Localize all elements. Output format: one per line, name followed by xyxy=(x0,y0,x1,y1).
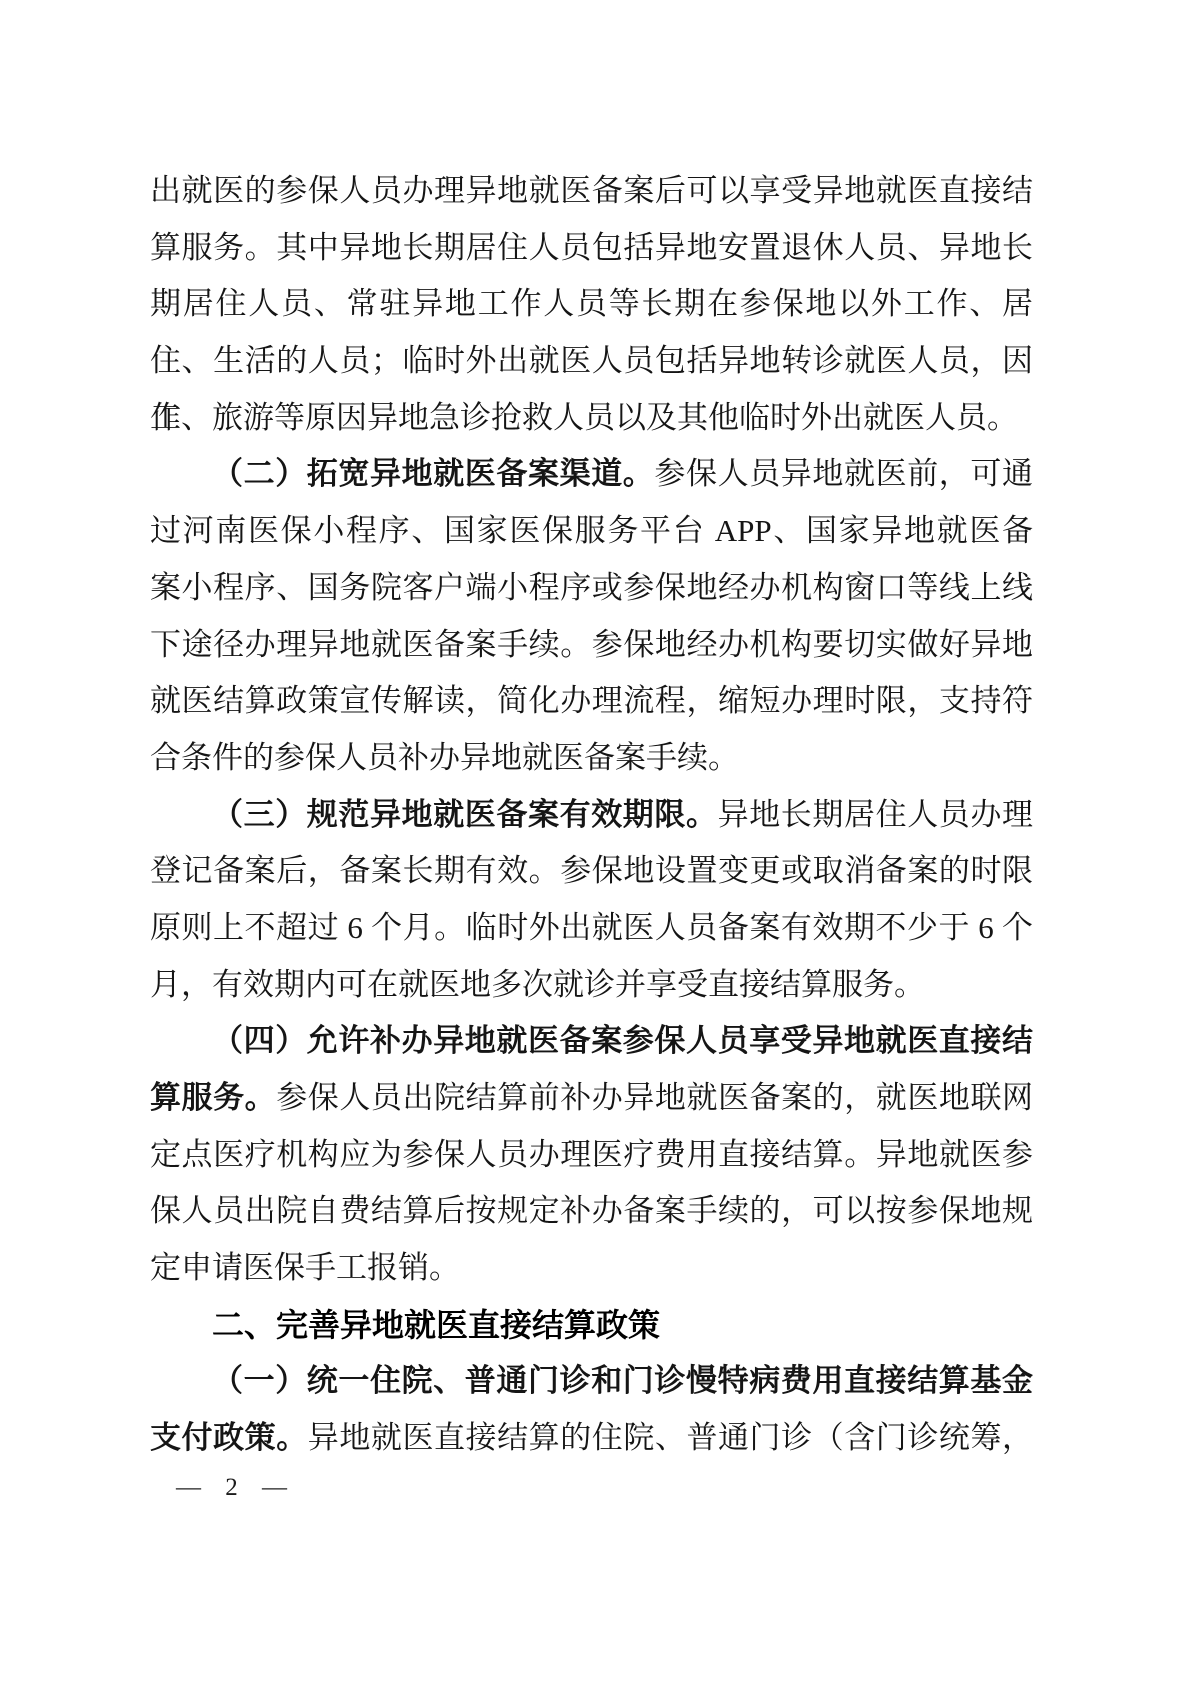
text-line: 登记备案后，备案长期有效。参保地设置变更或取消备案的时限 xyxy=(150,843,1033,900)
line-text: 期居住人员、常驻异地工作人员等长期在参保地以外工作、居 xyxy=(150,286,1033,321)
text-line: （二）拓宽异地就医备案渠道。参保人员异地就医前，可通 xyxy=(150,446,1033,503)
line-text: 参保人员出院结算前补办异地就医备案的，就医地联网 xyxy=(276,1080,1033,1115)
page-number: — 2 — xyxy=(176,1474,296,1502)
paragraph-lead: 支付政策。 xyxy=(150,1420,308,1455)
text-line: 出就医的参保人员办理异地就医备案后可以享受异地就医直接结 xyxy=(150,163,1033,220)
line-text: 二、完善异地就医直接结算政策 xyxy=(212,1307,660,1343)
paragraph-lead: （四）允许补办异地就医备案参保人员享受异地就医直接结 xyxy=(212,1023,1033,1058)
text-line: 支付政策。异地就医直接结算的住院、普通门诊（含门诊统筹， xyxy=(150,1410,1033,1467)
text-line: 原则上不超过 6 个月。临时外出就医人员备案有效期不少于 6 个 xyxy=(150,900,1033,957)
paragraph-lead: （一）统一住院、普通门诊和门诊慢特病费用直接结算基金 xyxy=(212,1363,1033,1398)
text-line: 下途径办理异地就医备案手续。参保地经办机构要切实做好异地 xyxy=(150,617,1033,674)
text-line: 案小程序、国务院客户端小程序或参保地经办机构窗口等线上线 xyxy=(150,560,1033,617)
line-text: 参保人员异地就医前，可通 xyxy=(654,456,1033,491)
document-body: 出就医的参保人员办理异地就医备案后可以享受异地就医直接结算服务。其中异地长期居住… xyxy=(150,163,1033,1467)
text-line: 保人员出院自费结算后按规定补办备案手续的，可以按参保地规 xyxy=(150,1183,1033,1240)
line-text: 案小程序、国务院客户端小程序或参保地经办机构窗口等线上线 xyxy=(150,570,1033,605)
paragraph-lead: （三）规范异地就医备案有效期限。 xyxy=(212,797,718,832)
text-line: （一）统一住院、普通门诊和门诊慢特病费用直接结算基金 xyxy=(150,1353,1033,1410)
document-page: 出就医的参保人员办理异地就医备案后可以享受异地就医直接结算服务。其中异地长期居住… xyxy=(0,0,1190,1683)
line-text: 登记备案后，备案长期有效。参保地设置变更或取消备案的时限 xyxy=(150,853,1033,888)
text-line: 过河南医保小程序、国家医保服务平台 APP、国家异地就医备 xyxy=(150,503,1033,560)
text-line: 算服务。其中异地长期居住人员包括异地安置退休人员、异地长 xyxy=(150,220,1033,277)
text-line: （四）允许补办异地就医备案参保人员享受异地就医直接结 xyxy=(150,1013,1033,1070)
line-text: 定点医疗机构应为参保人员办理医疗费用直接结算。异地就医参 xyxy=(150,1137,1033,1172)
line-text: 算服务。其中异地长期居住人员包括异地安置退休人员、异地长 xyxy=(150,230,1033,265)
paragraph-lead: （二）拓宽异地就医备案渠道。 xyxy=(212,456,654,491)
text-line: 定申请医保手工报销。 xyxy=(150,1240,1033,1297)
text-line: 算服务。参保人员出院结算前补办异地就医备案的，就医地联网 xyxy=(150,1070,1033,1127)
line-text: 作、旅游等原因异地急诊抢救人员以及其他临时外出就医人员。 xyxy=(150,400,1018,435)
section-heading: 二、完善异地就医直接结算政策 xyxy=(150,1297,1033,1354)
text-line: （三）规范异地就医备案有效期限。异地长期居住人员办理 xyxy=(150,787,1033,844)
line-text: 原则上不超过 6 个月。临时外出就医人员备案有效期不少于 6 个 xyxy=(150,910,1033,945)
line-text: 定申请医保手工报销。 xyxy=(150,1250,460,1285)
text-line: 月，有效期内可在就医地多次就诊并享受直接结算服务。 xyxy=(150,957,1033,1014)
text-line: 作、旅游等原因异地急诊抢救人员以及其他临时外出就医人员。 xyxy=(150,390,1033,447)
line-text: 异地就医直接结算的住院、普通门诊（含门诊统筹， xyxy=(308,1420,1033,1455)
line-text: 合条件的参保人员补办异地就医备案手续。 xyxy=(150,740,739,775)
line-text: 出就医的参保人员办理异地就医备案后可以享受异地就医直接结 xyxy=(150,173,1033,208)
text-line: 定点医疗机构应为参保人员办理医疗费用直接结算。异地就医参 xyxy=(150,1127,1033,1184)
line-text: 保人员出院自费结算后按规定补办备案手续的，可以按参保地规 xyxy=(150,1193,1033,1228)
line-text: 月，有效期内可在就医地多次就诊并享受直接结算服务。 xyxy=(150,967,925,1002)
text-line: 住、生活的人员；临时外出就医人员包括异地转诊就医人员，因工 xyxy=(150,333,1033,390)
paragraph-lead: 算服务。 xyxy=(150,1080,276,1115)
text-line: 就医结算政策宣传解读，简化办理流程，缩短办理时限，支持符 xyxy=(150,673,1033,730)
text-line: 期居住人员、常驻异地工作人员等长期在参保地以外工作、居 xyxy=(150,276,1033,333)
line-text: 异地长期居住人员办理 xyxy=(718,797,1033,832)
text-line: 合条件的参保人员补办异地就医备案手续。 xyxy=(150,730,1033,787)
line-text: 下途径办理异地就医备案手续。参保地经办机构要切实做好异地 xyxy=(150,627,1033,662)
line-text: 就医结算政策宣传解读，简化办理流程，缩短办理时限，支持符 xyxy=(150,683,1033,718)
line-text: 过河南医保小程序、国家医保服务平台 APP、国家异地就医备 xyxy=(150,513,1033,548)
